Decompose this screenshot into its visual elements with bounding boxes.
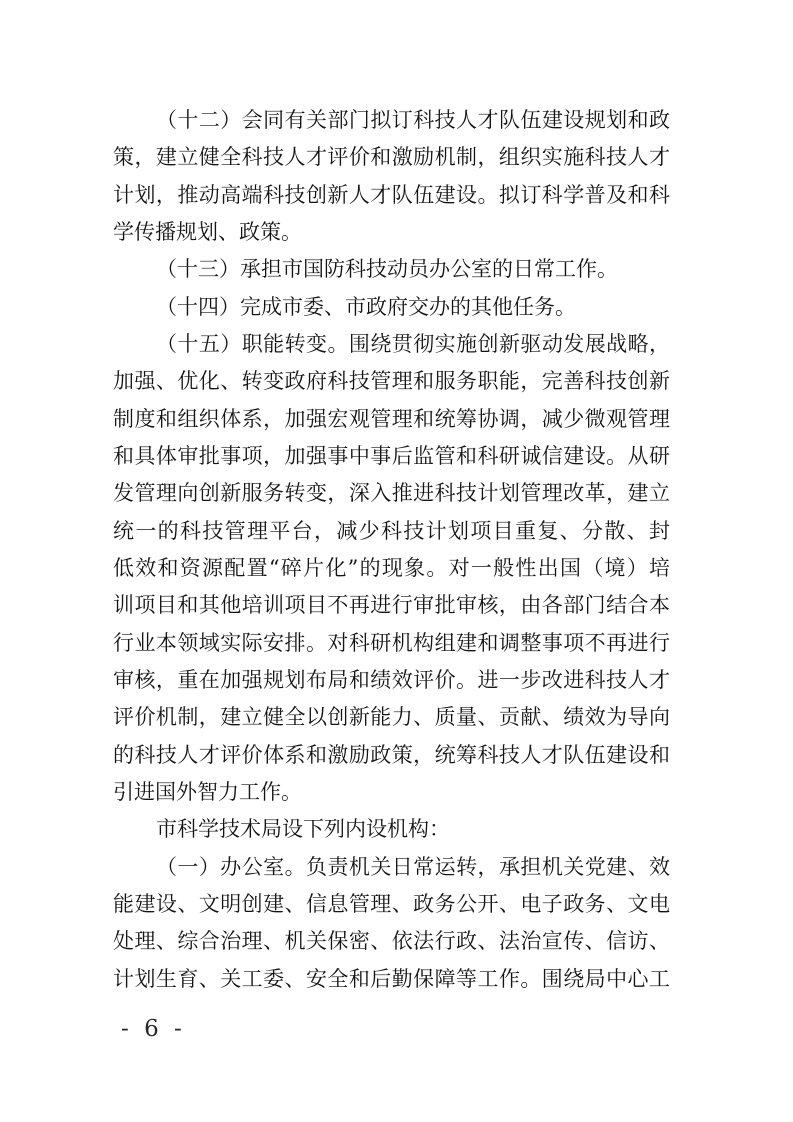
text-line: 能建设、文明创建、信息管理、政务公开、电子政务、文电 — [113, 886, 670, 923]
text-line: 和具体审批事项，加强事中事后监管和科研诚信建设。从研 — [113, 438, 670, 475]
document-page: （十二）会同有关部门拟订科技人才队伍建设规划和政 策，建立健全科技人才评价和激励… — [0, 0, 793, 1122]
text-line: 审核，重在加强规划布局和绩效评价。进一步改进科技人才 — [113, 662, 670, 699]
text-line: （十四）完成市委、市政府交办的其他任务。 — [113, 289, 670, 326]
document-body: （十二）会同有关部门拟订科技人才队伍建设规划和政 策，建立健全科技人才评价和激励… — [113, 102, 670, 998]
text-line: （十三）承担市国防科技动员办公室的日常工作。 — [113, 251, 670, 288]
text-line: 加强、优化、转变政府科技管理和服务职能，完善科技创新 — [113, 363, 670, 400]
text-line: 计划，推动高端科技创新人才队伍建设。拟订科学普及和科 — [113, 177, 670, 214]
text-line: 市科学技术局设下列内设机构： — [113, 811, 670, 848]
text-line: （一）办公室。负责机关日常运转，承担机关党建、效 — [113, 849, 670, 886]
text-line: （十五）职能转变。围绕贯彻实施创新驱动发展战略， — [113, 326, 670, 363]
text-line: 统一的科技管理平台，减少科技计划项目重复、分散、封闭、 — [113, 513, 670, 550]
text-line: 学传播规划、政策。 — [113, 214, 670, 251]
text-line: 训项目和其他培训项目不再进行审批审核，由各部门结合本 — [113, 587, 670, 624]
text-line: 计划生育、关工委、安全和后勤保障等工作。围绕局中心工 — [113, 961, 670, 998]
page-number: - 6 - — [121, 1016, 186, 1042]
text-line: 行业本领域实际安排。对科研机构组建和调整事项不再进行 — [113, 625, 670, 662]
text-line: （十二）会同有关部门拟订科技人才队伍建设规划和政 — [113, 102, 670, 139]
text-line: 策，建立健全科技人才评价和激励机制，组织实施科技人才 — [113, 139, 670, 176]
text-line: 评价机制，建立健全以创新能力、质量、贡献、绩效为导向 — [113, 699, 670, 736]
text-line: 处理、综合治理、机关保密、依法行政、法治宣传、信访、 — [113, 923, 670, 960]
text-line: 引进国外智力工作。 — [113, 774, 670, 811]
text-line: 低效和资源配置“碎片化”的现象。对一般性出国（境）培 — [113, 550, 670, 587]
text-line: 制度和组织体系，加强宏观管理和统筹协调，减少微观管理 — [113, 401, 670, 438]
text-line: 的科技人才评价体系和激励政策，统筹科技人才队伍建设和 — [113, 737, 670, 774]
text-line: 发管理向创新服务转变，深入推进科技计划管理改革，建立 — [113, 475, 670, 512]
